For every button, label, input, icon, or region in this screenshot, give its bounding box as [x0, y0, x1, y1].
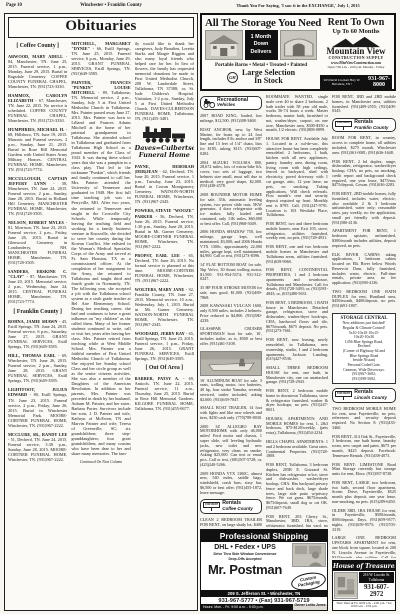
manufacturer-logo-badge: GH [227, 72, 238, 83]
obituary-text: - 87, Manchester, TN. June 20, 2015. Mem… [8, 274, 67, 304]
down-badge-line1: 1 Month [245, 34, 278, 41]
classified-ad: FOR RENT, 2 bd duplex, range, dishwasher… [332, 160, 396, 189]
daves-ad-name-line2: Funeral Home [135, 152, 194, 159]
classified-category-header: RecreationalVehicles [200, 96, 262, 110]
obituary-county-header: [ Coffee County ] [8, 43, 67, 50]
house-of-treasures-ad: House of Treasures 216 W. Lincoln St. Tu… [332, 560, 396, 611]
obituary-entry: MCCLURE, SR., RANDY LEE - 51, Decherd, T… [8, 432, 67, 462]
treasures-body: 216 W. Lincoln St. Tullahoma 931-607-297… [333, 571, 395, 599]
portable-barn-photo [205, 30, 243, 60]
postman-drive-thru-line: Drive Thru Side Window Convenience [203, 552, 287, 556]
classified-ad: 2009 HONDA VTX 1300C, almost new, 540 mi… [200, 472, 262, 496]
train-engine-icon [135, 125, 194, 145]
classified-column-2: ROOMMATE WANTED, single male over 40 to … [266, 95, 328, 527]
postman-owner: Owner Lolita Jones [293, 604, 327, 610]
obituary-text: - 65, Decherd, TN. June 26, 2015. No for… [135, 253, 194, 283]
classified-ad: HOUSES, APARTMENTS AND MOBILE HOMES for … [266, 417, 328, 436]
classified-ad: 14' FLAT BOTTOM BOAT for sale, 5hp Volvo… [200, 263, 262, 282]
classified-ad: 35 HP FOUR STROKE MOTOR for sale, runs g… [200, 286, 262, 300]
obituary-entry: MCCULLOUGH, CAPTAIN JEFFERY LYNN - 58, M… [8, 176, 67, 216]
classified-ad: 2007 ROAD KING, loaded, low mileage, $12… [200, 114, 262, 124]
storage-ad-selection: GH Large Selection In Stock [205, 69, 317, 86]
mountain-view-storage-ad: All The Storage You Need 1 Month Down De… [200, 13, 396, 91]
postman-address-bar: 209 S. Jefferson St. • Winchester, TN [201, 590, 327, 597]
down-badge-line2: Down [245, 41, 278, 48]
classified-ad: 2000 34' ALLEGRO BAY MOTORHOME with only… [200, 425, 262, 468]
for-rent-sign-icon: FOR RENT [335, 121, 352, 130]
portable-garage-photo [280, 30, 318, 60]
down-badge-line3: Delivers [245, 49, 278, 56]
classified-ad: OLDER 3BD, 1BA HOUSE for rent, in Fayett… [332, 509, 396, 533]
obituary-entry: POWERS, STEVIE "WOOZE" PARKER - 56, Dech… [135, 208, 194, 248]
postman-dropoffs-line: Drop-Offs Accepted [203, 557, 287, 561]
storage-ad-images: 1 Month Down Delivers [205, 30, 317, 60]
obituary-entry: SANDERS, ERSKINE C. "CLAY" - 87, Manches… [8, 269, 67, 304]
obituary-text: - 45, Estill Springs, TN. June 24, 2015.… [8, 319, 67, 349]
obituary-text: - 58, Manchester, TN. June 24, 2015. Fun… [8, 181, 67, 216]
obituary-entry: WOODARD, JERRY RAY - 65, Estill Springs,… [135, 331, 194, 361]
rent-to-own-headline: Rent To Own [328, 17, 385, 28]
classified-ad: 16' ALUMINUM BOAT for sale, 3 seats, tro… [200, 379, 262, 403]
classified-ad: FOR RENT, one and two bedroom mobile hom… [266, 245, 328, 264]
classified-ad: FOR RENT, LARGE two bedroom, two bath, s… [332, 481, 396, 505]
construction-supply-subtitle: CONSTRUCTION SUPPLY [328, 56, 383, 60]
obituary-text: - 62, Decherd, TN. June 20, 2015. Funera… [135, 169, 194, 204]
classified-ad: FOR RENT, 203 Cherry St., Manchester, 3B… [266, 515, 328, 527]
storage-ad-left: All The Storage You Need 1 Month Down De… [202, 15, 318, 89]
obituary-text: - 56, Decherd, TN. June 26, 2015. Funera… [135, 214, 194, 249]
obituaries-column-2: MITCHELL, MARGARET "DYNIE" - 66, Estill … [71, 41, 130, 604]
storage-ad-address: 923 David Crockett Hwy W. Belvidere, TN … [320, 78, 364, 86]
treasures-photo [334, 572, 358, 598]
obituary-county-header: [ Franklin County ] [8, 309, 67, 316]
obituary-entry: PAINTER, FRANCES "PUNKIN" LOUISE MITCHEL… [71, 80, 130, 456]
for-rent-sign-icon: FOR RENT [203, 502, 220, 511]
storage-ad-phone: 931-967-8000 [366, 76, 392, 88]
storage-ad-hours: Open 7:00 a.m. - 4:00 p.m. Monday - Frid… [328, 65, 385, 69]
classified-ad: 2004 SUZUKI VOLUSIA 800, 28,672 miles, l… [200, 161, 262, 190]
classifieds-section: All The Storage You Need 1 Month Down De… [200, 13, 396, 611]
treasures-address-line2: Tullahoma [359, 578, 394, 582]
obituary-entry: HUMPHRIES, MICHAEL H. - 68, Hillsboro, T… [8, 127, 67, 172]
obituary-county-header: [ Out Of Area ] [135, 365, 194, 372]
for-rent-sign: FOR RENT [203, 502, 220, 511]
postman-business-name: Mr. Postman [203, 562, 287, 577]
classified-column-1: RecreationalVehicles2007 ROAD KING, load… [200, 95, 262, 527]
tractor-icon [203, 98, 215, 108]
classified-ad: FOR RENT, 414 Oak St., Fayetteville, 3 b… [332, 435, 396, 459]
postman-photo [292, 543, 326, 567]
classified-ad: LARGE ONE BEDROOM UPSTAIRS APARTMENT for… [332, 536, 396, 558]
classified-column-3: FOR RENT, 1BD and 2BD mobile homes, in M… [332, 95, 396, 558]
classified-ad: HILLS CHAPEL APARTMENTS: 1 and 2 bedroom… [266, 440, 328, 459]
obituary-text: - 51, Decherd, TN. June 24, 2015. Funera… [8, 437, 67, 462]
postman-banner: Professional Shipping [201, 530, 327, 542]
edition-title-left: Winchester • Franklin County [36, 3, 186, 8]
custom-packaging-burst: Custom Packaging [290, 570, 327, 593]
treasures-address: 216 W. Lincoln St. Tullahoma [359, 572, 394, 583]
obituary-text: - 69, Antioch, TN. June 22, 2015. Funera… [135, 376, 194, 411]
classified-ad: GLASSPAR CRUISER SPORTSMAN boat for sale… [200, 327, 262, 346]
postman-footer: Hours: Mon. - Fri. 9:00 a.m. - 5:00 p.m.… [201, 604, 327, 610]
classified-ad: FOR RENT, CONTINENTAL PROPERTIES, 1 and … [266, 268, 328, 297]
classified-ad: HOUSE FOR RENT. Available July 1. Locate… [266, 137, 328, 218]
up-to-60-months: Up To 60 Months [332, 28, 379, 35]
classified-ad: FOR RENT, two and three bedroom mobile h… [266, 222, 328, 241]
classified-ad: CLEAN 2 BEDROOM TRAILER FOR RENT, on lar… [200, 518, 262, 527]
for-rent-sign-text: FOR RENT [335, 391, 352, 397]
classified-left-pair: RecreationalVehicles2007 ROAD KING, load… [200, 95, 328, 611]
obituary-entry: HAMMOX, CAROLYN ELIZABETH - 67, Manchest… [8, 93, 67, 123]
classified-ad: FOR RENT, 3 BEDROOM, 1 BATH house in Man… [266, 301, 328, 334]
treasures-phone: 931-607-2972 [359, 584, 394, 598]
classified-columns-area: RecreationalVehicles2007 ROAD KING, load… [200, 95, 396, 611]
for-rent-sign-text: FOR RENT [335, 121, 352, 127]
obituary-entry: NELSON, ROBERT MYLES - 81, Morrison, TN.… [8, 220, 67, 265]
classified-ad: FOR RENT, 1BD and 2BD mobile homes, in M… [332, 95, 396, 114]
obituary-text: - 92, Franklin County, TN. June 27, 2015… [135, 287, 194, 327]
obituaries-column-1: [ Coffee County ]ARWOOD, MARY ADELL - 84… [8, 41, 67, 604]
postman-carriers: DHL • Fedex • UPS [203, 544, 287, 551]
obituary-entry: ARWOOD, MARY ADELL - 84, Manchester, TN.… [8, 54, 67, 89]
treasures-right: 216 W. Lincoln St. Tullahoma 931-607-297… [359, 572, 394, 598]
obituary-entry: BARBER, PATSY A. - 69, Antioch, TN. June… [135, 376, 194, 411]
edition-title-right: Thank You For Saying, 'I saw it in the E… [200, 3, 396, 8]
postman-hours: Hours: Mon. - Fri. 9:00 a.m. - 5:00 p.m. [201, 604, 293, 610]
obituary-text: - 69, Winchester, TN. June 26, 2015. Fun… [8, 353, 67, 383]
category-label: RecreationalVehicles [217, 98, 248, 108]
classified-category-header: FOR RENTRentalsFranklin County [332, 118, 396, 132]
classified-ad: FOR RENT, 2BD mobile homes, fully furnis… [332, 192, 396, 225]
classified-ad: APARTMENT FOR RENT, 1 bedroom upstairs, … [332, 229, 396, 248]
classified-ad: FOR RENT, now leasing, newly remodeled, … [266, 338, 328, 362]
classified-ad: FOR RENT, Tullahoma, 3 bedroom duplex, 2… [266, 463, 328, 511]
obituary-entry: LIGHTFOOT, JULIUS EDWARD - 80, Estill Sp… [8, 387, 67, 427]
owner-name: Lolita Jones [306, 603, 326, 607]
classified-ad: SMALL BOAT TRAILER, 14 foot with lights … [200, 406, 262, 420]
mr-postman-ad: Professional Shipping DHL • Fedex • UPS … [200, 529, 328, 611]
category-label: RentalsFranklin County [354, 120, 388, 130]
storage-ad-headline: All The Storage You Need [205, 17, 317, 29]
category-line2: Lincoln County [354, 396, 387, 401]
classified-ad: ROOMMATE WANTED, single male over 40 to … [266, 95, 328, 133]
obituary-entry: PAYNE, DEBORAH (DEB)JEAN - 62, Decherd, … [135, 164, 194, 204]
category-label: RentalsCoffee County [222, 501, 253, 511]
classified-ad: ELK RIVER CABINS taking applications, 1 … [332, 253, 396, 286]
one-month-down-badge: 1 Month Down Delivers [245, 30, 278, 60]
obituary-entry: PROPST, EARL LEE - 65, Decherd, TN. June… [135, 253, 194, 283]
obituary-text: - 65, Estill Springs, TN. June 23, 2015.… [135, 331, 194, 361]
obituary-text: - 81, Morrison, TN. June 23, 2015. Funer… [8, 220, 67, 265]
classified-category-header: FOR RENTRentalsLincoln County [332, 388, 396, 402]
classified-ad: 2008 KAWASAKI VULCAN 1600, only 8,500 mi… [200, 304, 262, 323]
obituaries-section: Obituaries [ Coffee County ]ARWOOD, MARY… [4, 13, 198, 611]
obituary-text: - 89, Tullahoma, TN. Memorial service, 2… [71, 90, 130, 456]
large-selection-text: Large Selection In Stock [242, 69, 295, 86]
storage-central-ad: STORAGE CENTRALNew additions just finish… [332, 313, 396, 385]
postman-right: Custom Packaging [289, 542, 327, 590]
for-rent-sign-icon: FOR RENT [335, 391, 352, 400]
owner-label: Owner [294, 603, 305, 607]
classified-ad: 2006 HONDA SHADOW 750, low mileage, gara… [200, 230, 262, 259]
obituary-entry: WOLTERS, MARY JANE - 92, Franklin County… [135, 287, 194, 327]
obituary-text: - 68, Hillsboro, TN. June 19, 2015. Maso… [8, 127, 67, 172]
obituaries-title-box: Obituaries [8, 17, 194, 38]
for-rent-sign: FOR RENT [335, 391, 352, 400]
obituaries-column-3: ily would like to thank her caregivers, … [135, 41, 194, 604]
obituaries-columns: [ Coffee County ]ARWOOD, MARY ADELL - 84… [8, 41, 194, 604]
mountain-view-brand: Mountain View [326, 46, 385, 56]
classified-columns-left: RecreationalVehicles2007 ROAD KING, load… [200, 95, 328, 527]
classified-ad: TWO BEDROOM ONE BATH DUPLEX for rent, Hu… [332, 290, 396, 309]
obituary-entry: BOHNA, JAMIE SHAWN - 45, Estill Springs,… [8, 319, 67, 349]
classified-ad: BOAT ANCHOR, new, by West Marine, for bo… [200, 128, 262, 157]
classified-right-column-wrap: FOR RENT, 1BD and 2BD mobile homes, in M… [332, 95, 396, 611]
obituaries-title: Obituaries [9, 18, 193, 35]
postman-body: DHL • Fedex • UPS Drive Thru Side Window… [201, 542, 327, 590]
classified-ad: TWO BEDROOM MOBILE HOME for rent, near F… [332, 407, 396, 431]
for-rent-sign-text: FOR RENT [203, 502, 220, 508]
category-line2: Franklin County [354, 126, 388, 131]
postman-left: DHL • Fedex • UPS Drive Thru Side Window… [201, 542, 289, 590]
treasures-banner: House of Treasures [333, 561, 395, 571]
category-label: RentalsLincoln County [354, 390, 387, 400]
obituary-text: - 80, Estill Springs, TN. June 23, 2015.… [8, 392, 67, 427]
obituary-entry: MITCHELL, MARGARET "DYNIE" - 66, Estill … [71, 41, 130, 76]
selection-line2: In Stock [242, 77, 295, 85]
daves-culbertson-funeral-home-ad: Daves=CulbertsonFuneral Home [135, 125, 194, 159]
boat-photo [200, 351, 262, 376]
masthead: Page 10 Winchester • Franklin County Tha… [0, 0, 400, 13]
classified-ad: 2008 BOUNDER MOTOR HOME for sale, 35ft, … [200, 193, 262, 226]
storage-central-line: (931)598-5682. [334, 377, 394, 382]
classified-ad: FOR RENT, 2 bedroom mobile home in downt… [266, 389, 328, 413]
for-rent-sign: FOR RENT [335, 121, 352, 130]
category-line2: Vehicles [217, 103, 248, 108]
classified-ad: FOR RENT: LIMESTONE Road Mini Storage cu… [332, 463, 396, 477]
continued-note: Continued On Next Column [71, 460, 130, 464]
obituary-text: - 84, Manchester, TN. June 25, 2015. Fun… [8, 54, 67, 89]
classified-ad: SMALL THREE BEDROOM HOUSE for rent, one … [266, 366, 328, 385]
storage-central-line: Regular & Climate Control! [334, 326, 394, 331]
treasures-hours: Wed, Thurs & Fri 10:00 a.m. - 4:00 p.m. … [333, 600, 395, 611]
classified-category-header: FOR RENTRentalsCoffee County [200, 499, 262, 513]
obituary-entry: HILL, THOMAS EARL - 69, Winchester, TN. … [8, 353, 67, 383]
classified-ad: ROOM FOR RENT, in country, access to com… [332, 136, 396, 155]
page-number: Page 10 [6, 3, 22, 8]
category-line2: Coffee County [222, 507, 253, 512]
storage-ad-right: Rent To Own Up To 60 Months Mountain Vie… [318, 15, 394, 89]
newspaper-page: Page 10 Winchester • Franklin County Tha… [0, 0, 400, 614]
storage-ad-phone-bar: 923 David Crockett Hwy W. Belvidere, TN … [320, 75, 392, 89]
obituary-text: - 66, Estill Springs, TN. June 25, 2015.… [71, 46, 130, 76]
obituary-continuation: ily would like to thank her caregivers, … [135, 41, 194, 121]
